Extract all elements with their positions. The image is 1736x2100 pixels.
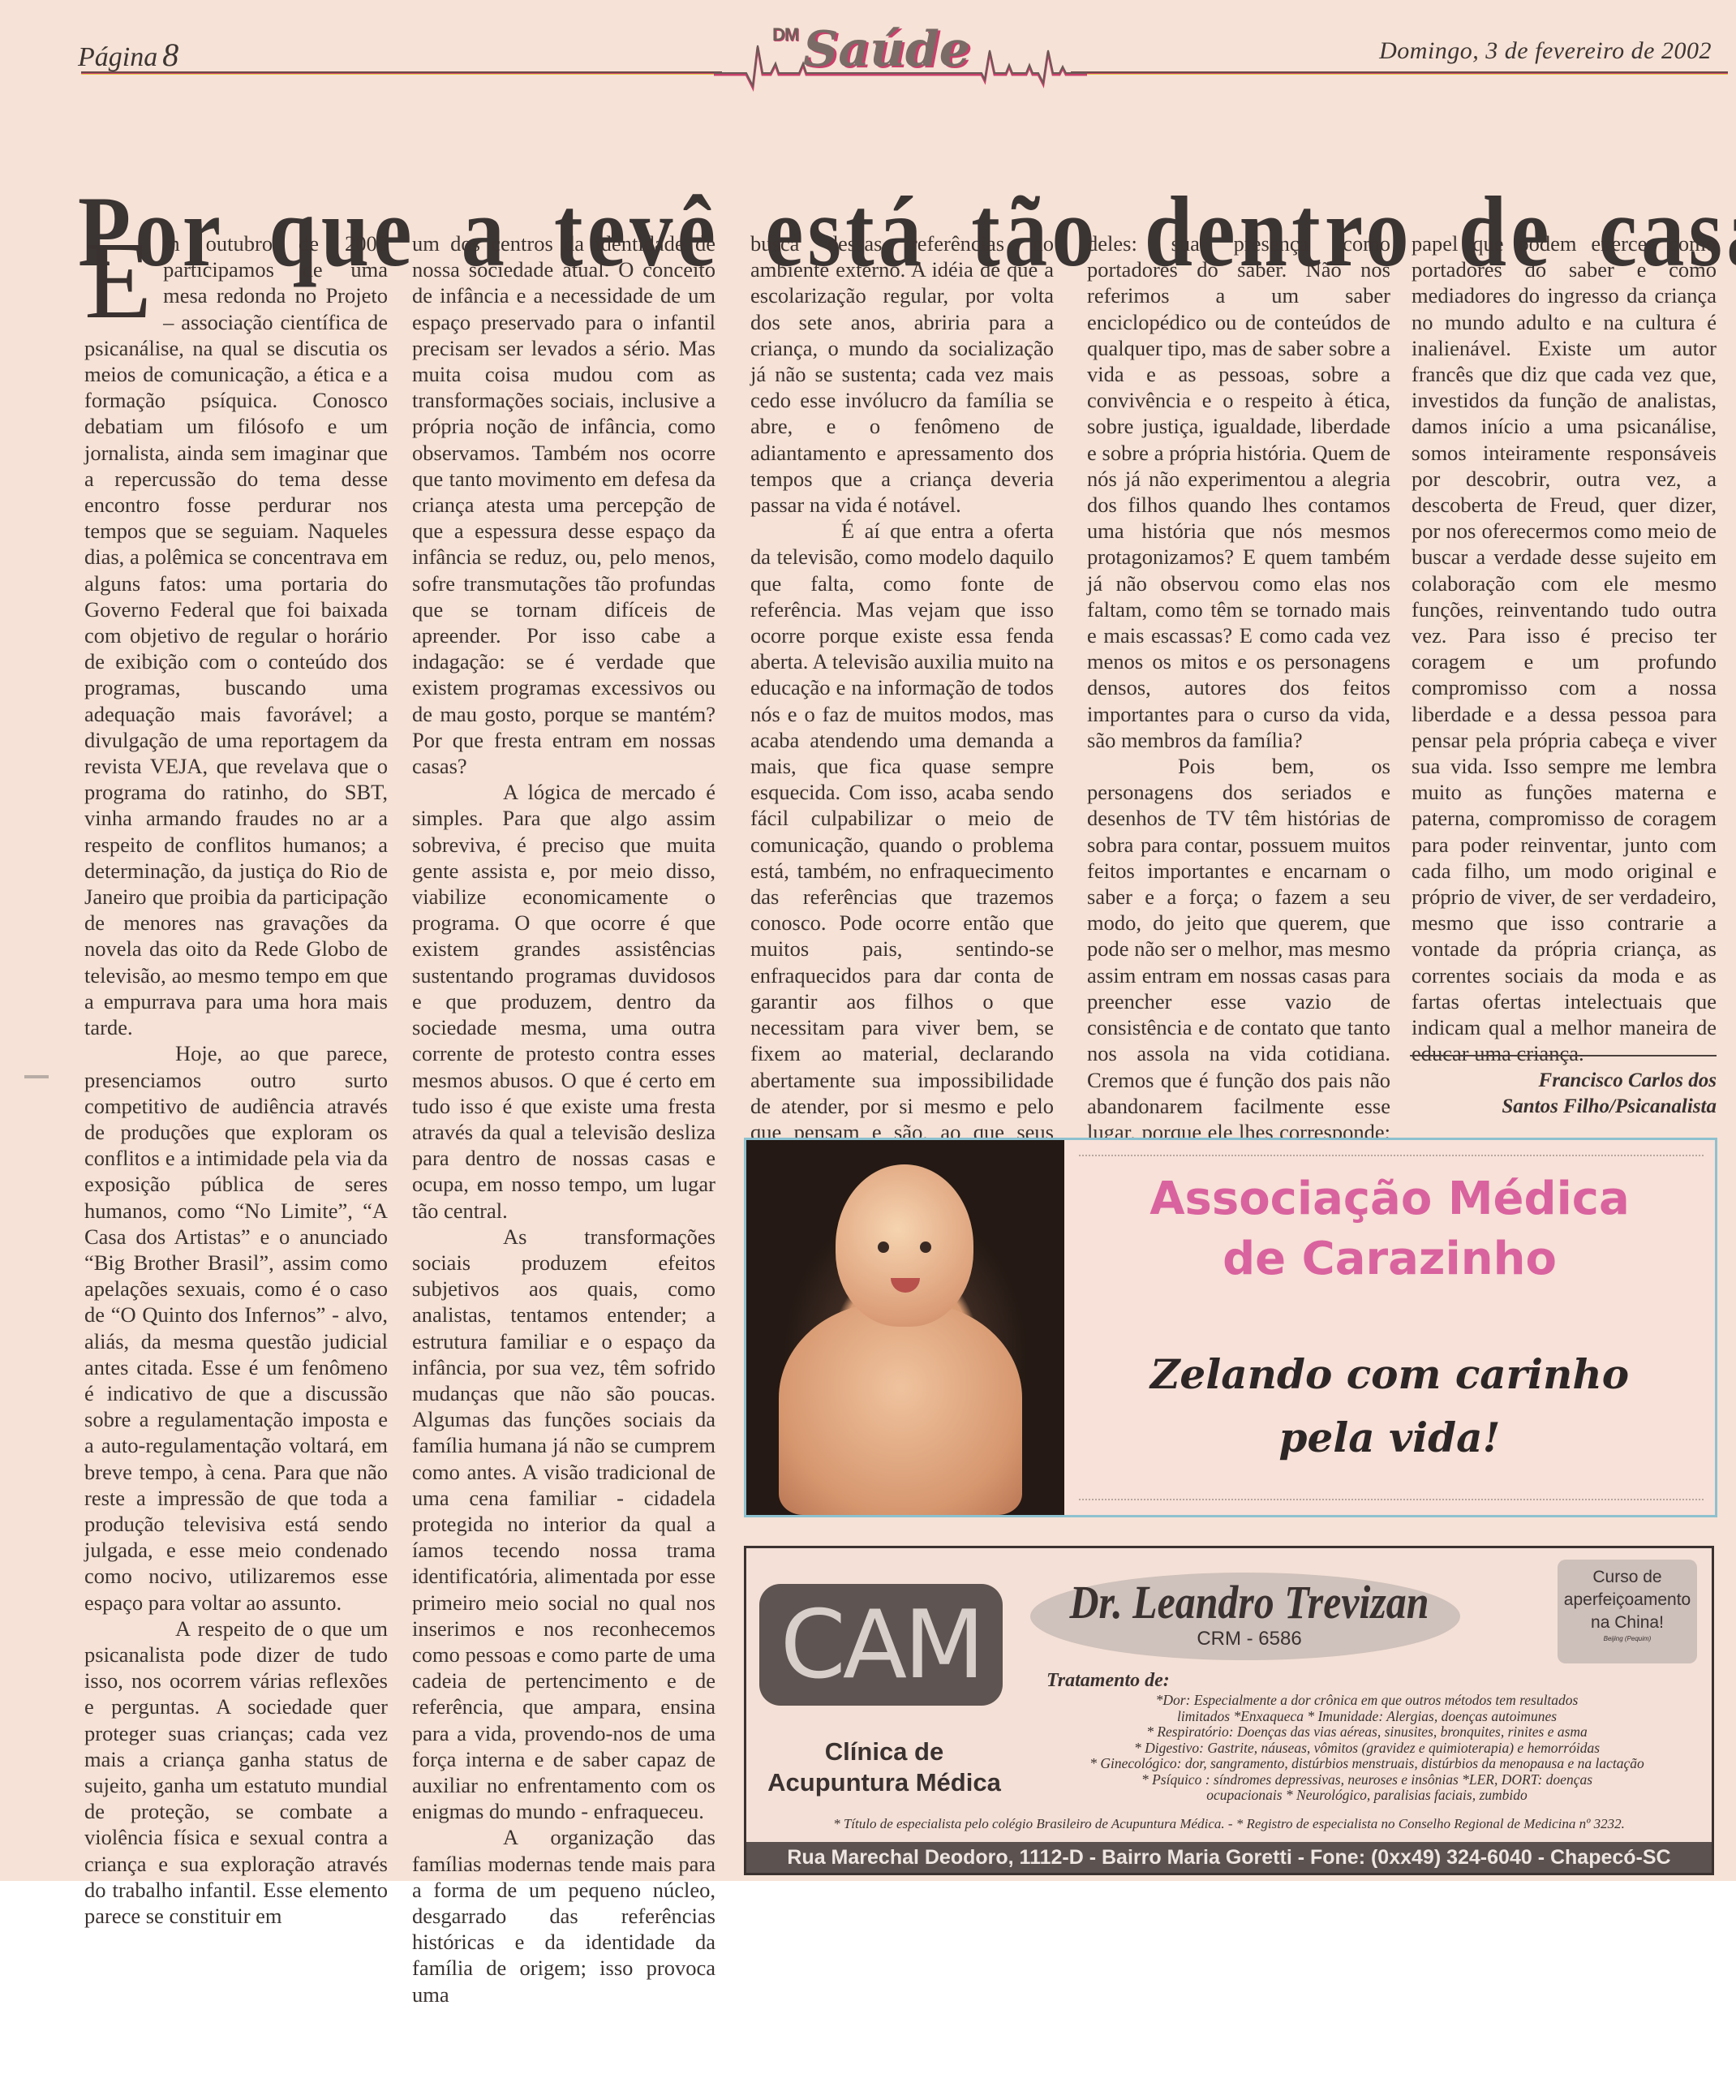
course-badge: Curso de aperfeiçoamento na China! Beiji… — [1558, 1560, 1697, 1663]
treatment-item: * Digestivo: Gastrite, náuseas, vômitos … — [1022, 1741, 1712, 1757]
title-line-1: Associação Médica — [1064, 1169, 1715, 1229]
article-column-5: papel que podem exercer como portadores … — [1412, 230, 1717, 1067]
treatment-item: * Respiratório: Doenças das vias aéreas,… — [1022, 1724, 1712, 1741]
baby-eye — [878, 1241, 889, 1253]
baby-body — [779, 1302, 1022, 1515]
cam-logo: CAM — [759, 1584, 1003, 1706]
course-line-3: na China! — [1558, 1612, 1697, 1634]
association-title: Associação Médica de Carazinho — [1064, 1169, 1715, 1289]
paragraph: As transformações sociais produzem efeit… — [412, 1224, 715, 1825]
print-smudge — [24, 1075, 49, 1078]
paragraph: A respeito de o que um psicanalista pode… — [84, 1616, 388, 1929]
paragraph: busca dessas referências no ambiente ext… — [750, 230, 1054, 518]
doctor-crm: CRM - 6586 — [1038, 1628, 1460, 1650]
baby-mouth — [891, 1278, 920, 1293]
article-column-4: deles: sua presença como portadores do s… — [1087, 230, 1390, 1171]
paragraph: um dos centros da identidade de nossa so… — [412, 230, 715, 779]
treatment-label: Tratamento de: — [1046, 1670, 1170, 1692]
byline-line-1: Francisco Carlos dos — [1410, 1068, 1717, 1094]
paragraph: Pois bem, os personagens dos seriados e … — [1087, 753, 1390, 1171]
ad-acupuncture-clinic: CAM Clínica de Acupuntura Médica Dr. Lea… — [744, 1546, 1714, 1875]
article-column-2: um dos centros da identidade de nossa so… — [412, 230, 715, 2007]
issue-date: Domingo, 3 de fevereiro de 2002 — [1379, 37, 1712, 65]
baby-head — [836, 1164, 973, 1327]
treatment-item: * Ginecológico: dor, sangramento, distúr… — [1022, 1756, 1712, 1772]
header-rule-right — [1071, 71, 1728, 75]
section-logo: DM Saúde — [714, 15, 1087, 96]
newspaper-page: Página8 DM Saúde Domingo, 3 de fevereiro… — [0, 0, 1736, 1881]
title-line-2: de Carazinho — [1064, 1229, 1715, 1289]
association-slogan: Zelando com carinho pela vida! — [1064, 1343, 1715, 1470]
logo-dm: DM — [772, 24, 798, 45]
paragraph: papel que podem exercer como portadores … — [1412, 230, 1717, 1067]
baby-photo — [746, 1140, 1064, 1515]
paragraph: Hoje, ao que parece, presenciamos outro … — [84, 1040, 388, 1615]
paragraph: A organização das famílias modernas tend… — [412, 1824, 715, 2007]
paragraph: A lógica de mercado é simples. Para que … — [412, 779, 715, 1223]
byline-divider — [1410, 1055, 1717, 1056]
page-label: Página — [78, 42, 157, 72]
clinic-name-line-2: Acupuntura Médica — [754, 1767, 1014, 1798]
paragraph: m outubro de 2000 participamos de uma me… — [84, 230, 388, 1040]
logo-saude: Saúde — [803, 21, 970, 78]
article-column-3: busca dessas referências no ambiente ext… — [750, 230, 1054, 1171]
ad-associacao-medica: Associação Médica de Carazinho Zelando c… — [744, 1138, 1717, 1517]
byline-line-2: Santos Filho/Psicanalista — [1410, 1094, 1717, 1120]
baby-eye — [920, 1241, 931, 1253]
header-rule-left — [81, 71, 722, 75]
treatment-item: ocupacionais * Neurológico, paralisias f… — [1022, 1788, 1712, 1804]
page-number-value: 8 — [162, 37, 178, 73]
clinic-name: Clínica de Acupuntura Médica — [754, 1736, 1014, 1798]
treatment-list: *Dor: Especialmente a dor crônica em que… — [1022, 1693, 1712, 1804]
slogan-line-2: pela vida! — [1064, 1406, 1715, 1470]
paragraph: É aí que entra a oferta da televisão, co… — [750, 518, 1054, 1171]
article-column-1: E m outubro de 2000 participamos de uma … — [84, 230, 388, 1929]
dotted-rule — [1079, 1155, 1704, 1156]
clinic-name-line-1: Clínica de — [754, 1736, 1014, 1767]
treatment-item: *Dor: Especialmente a dor crônica em que… — [1022, 1693, 1712, 1709]
author-byline: Francisco Carlos dos Santos Filho/Psican… — [1410, 1068, 1717, 1120]
doctor-name: Dr. Leandro Trevizan — [1068, 1576, 1430, 1629]
slogan-line-1: Zelando com carinho — [1064, 1343, 1715, 1406]
course-location: Beijing (Pequim) — [1558, 1634, 1697, 1644]
treatment-item: limitados *Enxaqueca * Imunidade: Alergi… — [1022, 1709, 1712, 1725]
cam-logo-text: CAM — [759, 1589, 1003, 1702]
drop-cap: E — [84, 234, 152, 329]
clinic-address-bar: Rua Marechal Deodoro, 1112-D - Bairro Ma… — [746, 1842, 1712, 1873]
credentials-footnote: * Título de especialista pelo colégio Br… — [746, 1816, 1712, 1832]
course-line-1: Curso de — [1558, 1566, 1697, 1589]
course-line-2: aperfeiçoamento — [1558, 1589, 1697, 1612]
dotted-rule — [1079, 1499, 1704, 1500]
page-number: Página8 — [78, 36, 178, 74]
paragraph: deles: sua presença como portadores do s… — [1087, 230, 1390, 753]
treatment-item: * Psíquico : síndromes depressivas, neur… — [1022, 1772, 1712, 1788]
